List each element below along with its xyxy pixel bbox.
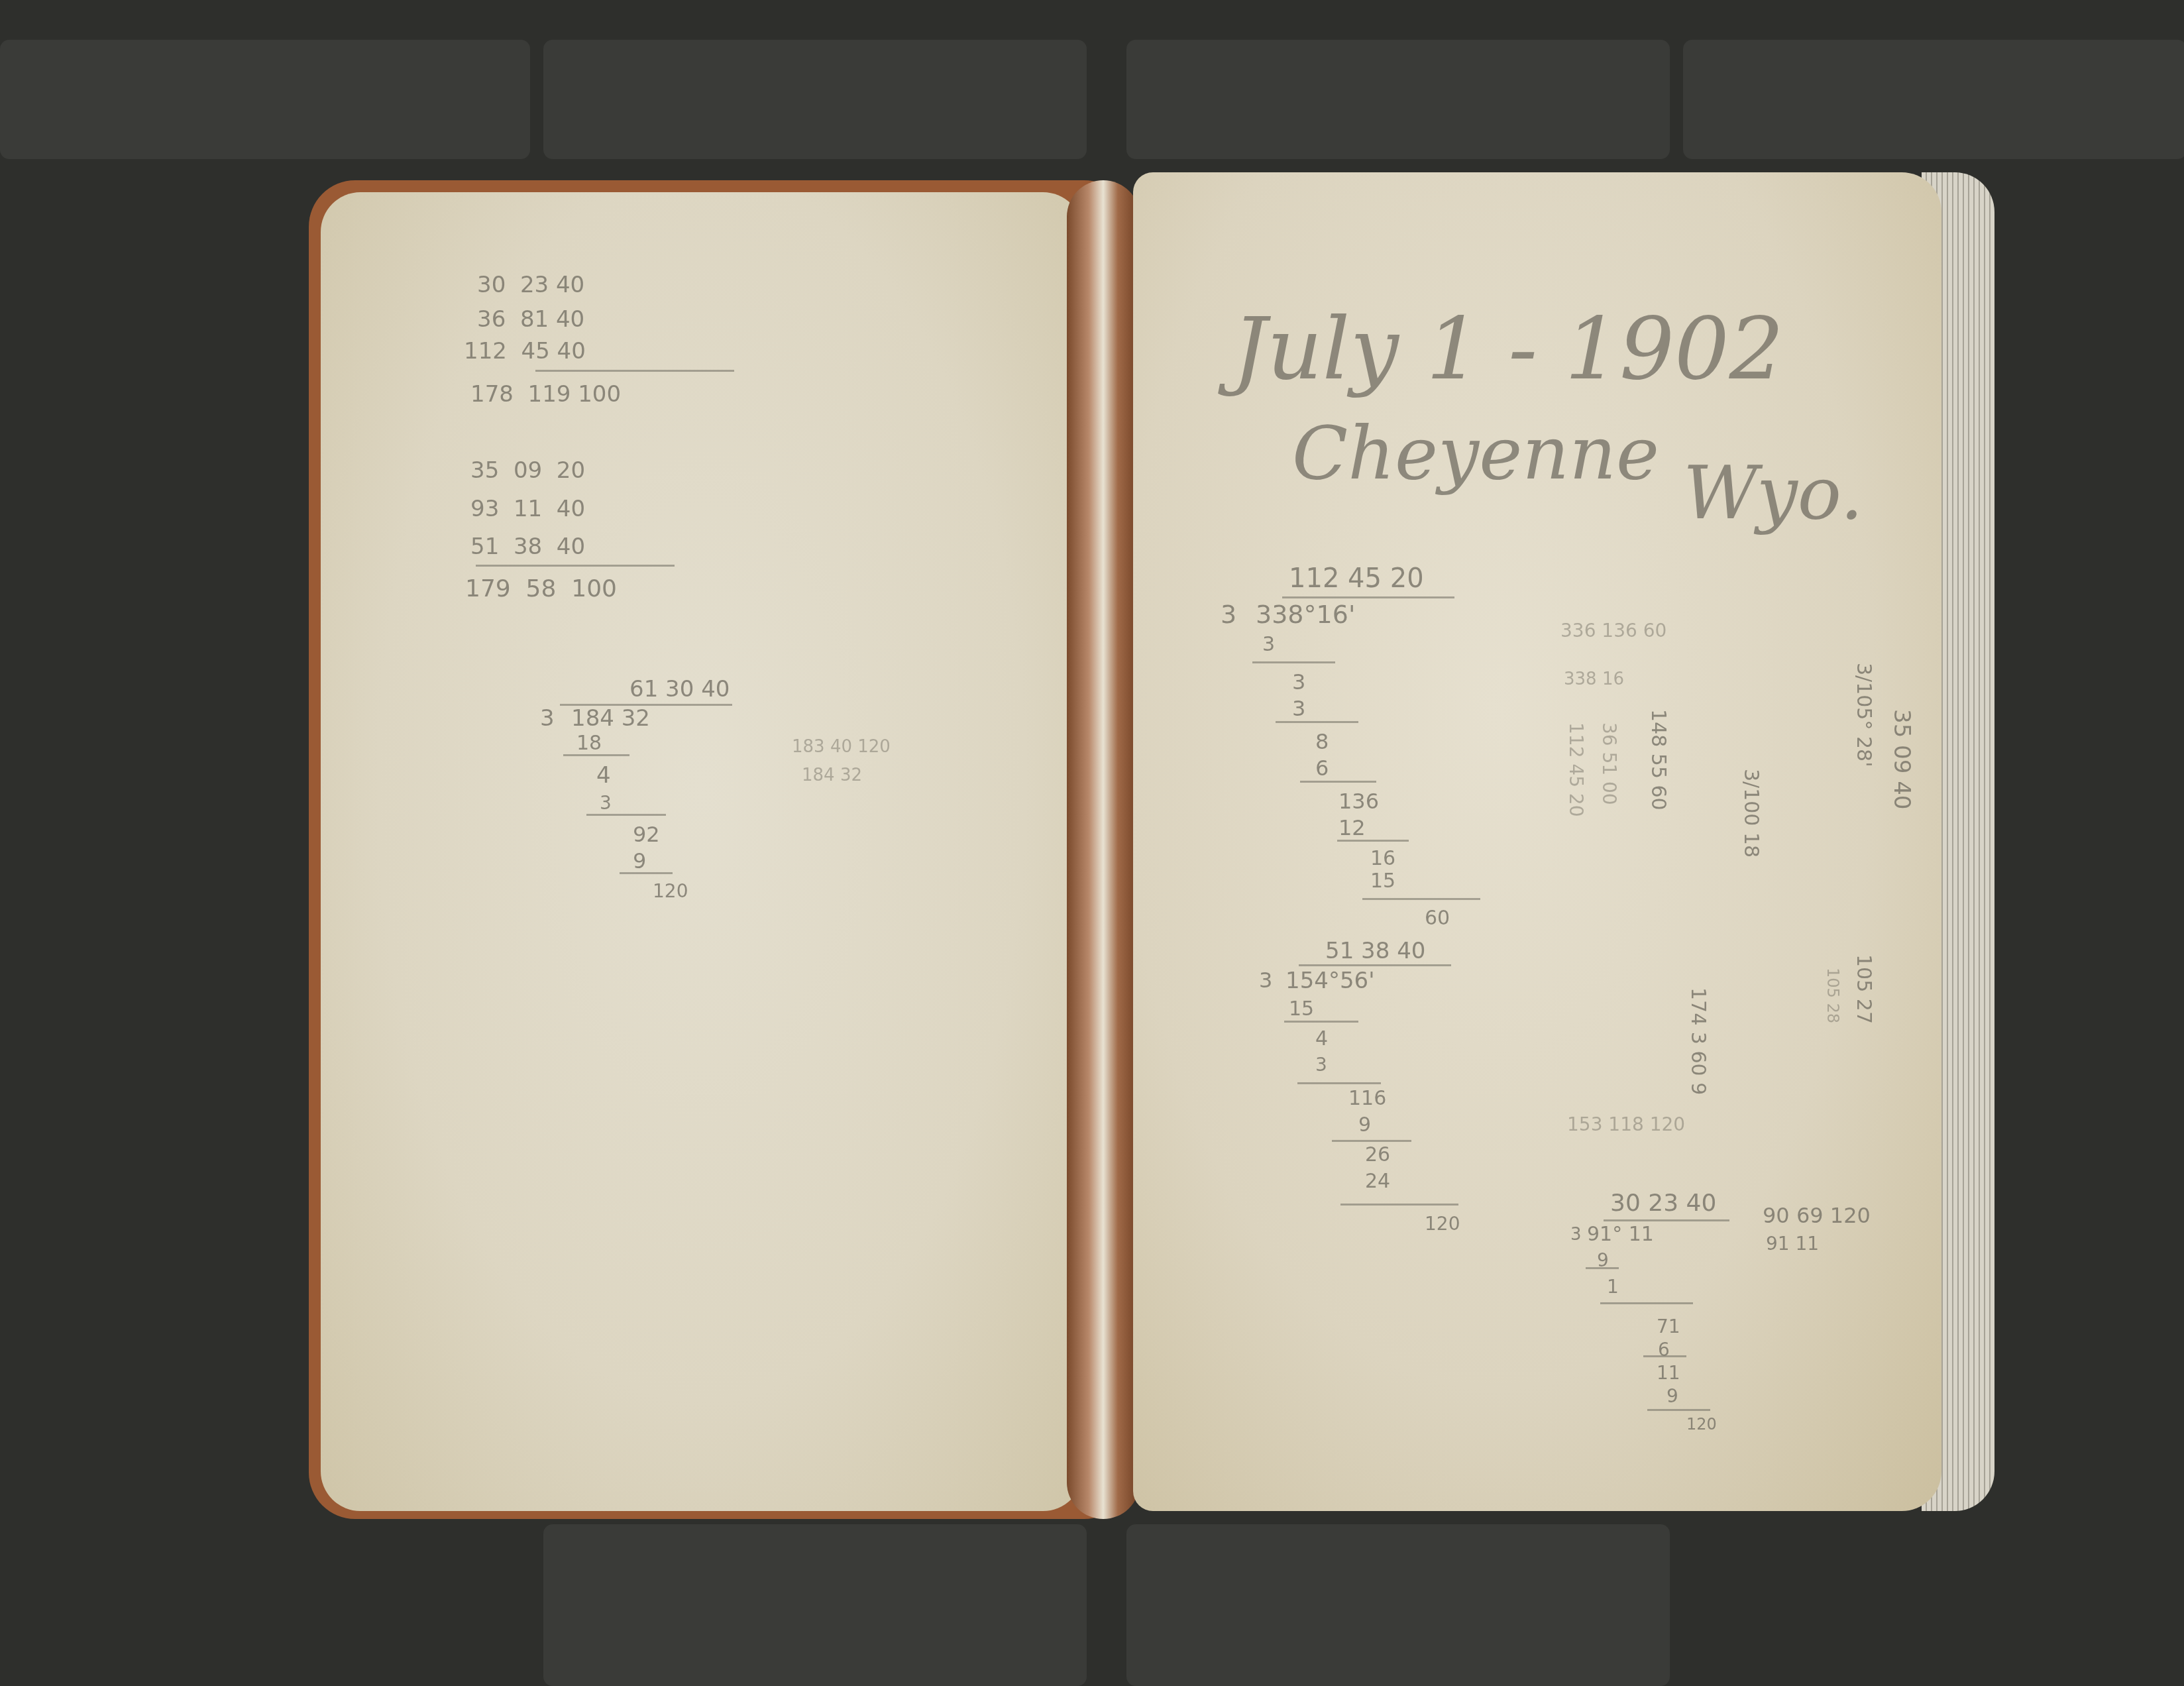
division-dividend: 91° 11 <box>1587 1223 1654 1246</box>
rotated-note: 112 45 20 <box>1565 722 1587 817</box>
faint-note: 336 136 60 <box>1560 620 1666 642</box>
sum-row: 35 09 20 <box>470 457 585 484</box>
division-step: 120 <box>1686 1415 1717 1433</box>
division-rule <box>1297 1082 1381 1084</box>
division-rule <box>563 754 629 756</box>
division-step: 1 <box>1607 1276 1619 1298</box>
side-note: 183 40 120 <box>792 737 891 757</box>
side-note: 91 11 <box>1766 1233 1819 1255</box>
rotated-note: 148 55 60 <box>1647 709 1670 811</box>
division-divisor: 3 <box>1570 1225 1582 1245</box>
sum-total: 179 58 100 <box>465 575 617 602</box>
rotated-note: 3/105° 28' <box>1852 663 1875 767</box>
division-dividend: 184 32 <box>571 705 650 732</box>
division-quotient: 61 30 40 <box>629 676 730 702</box>
division-quotient: 30 23 40 <box>1610 1190 1716 1217</box>
rotated-note: 105 27 <box>1852 954 1875 1024</box>
division-rule <box>1337 840 1409 842</box>
rotated-note: 105 28 <box>1824 968 1842 1023</box>
division-step: 11 <box>1657 1362 1680 1384</box>
faint-note: 153 118 120 <box>1567 1113 1685 1135</box>
background-panel <box>0 40 530 159</box>
division-step: 3 <box>1315 1054 1327 1076</box>
division-rule <box>1362 898 1480 900</box>
division-step: 24 <box>1365 1170 1390 1193</box>
heading-state: Wyo. <box>1683 451 1863 535</box>
division-rule <box>1586 1267 1619 1269</box>
division-quotient: 112 45 20 <box>1289 563 1424 594</box>
division-rule <box>1332 1140 1411 1142</box>
division-step: 136 <box>1338 789 1379 814</box>
division-step: 9 <box>633 848 646 873</box>
background-panel <box>1126 1524 1670 1686</box>
background-panel <box>1126 40 1670 159</box>
side-note: 184 32 <box>802 765 862 785</box>
division-step: 9 <box>1666 1385 1678 1407</box>
division-rule <box>1647 1409 1710 1411</box>
side-note: 90 69 120 <box>1763 1203 1871 1228</box>
sum-row: 30 23 40 <box>477 272 584 298</box>
division-step: 120 <box>1425 1213 1460 1235</box>
sum-row: 51 38 40 <box>470 534 585 560</box>
division-rule <box>1252 661 1335 663</box>
division-step: 60 <box>1425 907 1450 930</box>
division-step: 71 <box>1657 1316 1680 1337</box>
division-step: 3 <box>1292 669 1305 695</box>
division-rule <box>1284 1021 1358 1023</box>
sum-row: 36 81 40 <box>477 306 584 333</box>
division-step: 4 <box>596 762 611 789</box>
left-page <box>321 192 1083 1511</box>
division-bar <box>1604 1219 1729 1221</box>
division-step: 15 <box>1289 997 1314 1021</box>
rotated-note: 36 51 00 <box>1598 722 1620 805</box>
sum-rule <box>535 370 734 372</box>
sum-rule <box>476 565 675 567</box>
division-step: 120 <box>653 880 688 902</box>
division-step: 92 <box>633 822 660 847</box>
division-step: 3 <box>600 792 612 814</box>
division-rule <box>620 872 673 874</box>
sum-row: 112 45 40 <box>464 338 586 365</box>
division-step: 6 <box>1315 756 1329 781</box>
division-rule <box>1600 1302 1693 1304</box>
division-step: 15 <box>1370 870 1395 893</box>
division-step: 116 <box>1348 1087 1386 1110</box>
sum-row: 93 11 40 <box>470 496 585 522</box>
division-step: 4 <box>1315 1027 1328 1050</box>
division-step: 9 <box>1358 1113 1371 1137</box>
division-step: 18 <box>576 732 602 755</box>
division-step: 16 <box>1370 847 1395 870</box>
rotated-note: 174 3 60 9 <box>1686 987 1710 1095</box>
division-bar <box>1282 596 1454 598</box>
background-panel <box>543 40 1087 159</box>
heading-date: July 1 - 1902 <box>1232 298 1784 399</box>
division-quotient: 51 38 40 <box>1325 938 1425 964</box>
division-step: 12 <box>1338 815 1366 840</box>
background-panel <box>1683 40 2184 159</box>
division-rule <box>586 814 666 816</box>
division-rule <box>1643 1355 1686 1357</box>
division-rule <box>1340 1204 1458 1206</box>
sum-total: 178 119 100 <box>470 381 621 408</box>
rotated-note: 3/100 18 <box>1739 769 1763 858</box>
division-bar <box>1299 964 1451 966</box>
faint-note: 338 16 <box>1564 669 1624 689</box>
division-divisor: 3 <box>540 705 555 732</box>
division-dividend: 338°16' <box>1256 600 1355 629</box>
book-spine <box>1067 180 1140 1519</box>
division-step: 3 <box>1262 633 1275 656</box>
division-step: 26 <box>1365 1143 1390 1166</box>
division-divisor: 3 <box>1259 968 1272 993</box>
background-panel <box>543 1524 1087 1686</box>
rotated-note: 35 09 40 <box>1888 709 1915 809</box>
division-step: 3 <box>1292 696 1305 721</box>
heading-place: Cheyenne <box>1292 411 1659 496</box>
division-rule <box>1300 781 1376 783</box>
division-step: 8 <box>1315 729 1329 754</box>
division-step: 6 <box>1658 1339 1670 1361</box>
division-rule <box>1276 721 1358 723</box>
division-dividend: 154°56' <box>1285 968 1375 994</box>
division-divisor: 3 <box>1221 600 1236 629</box>
